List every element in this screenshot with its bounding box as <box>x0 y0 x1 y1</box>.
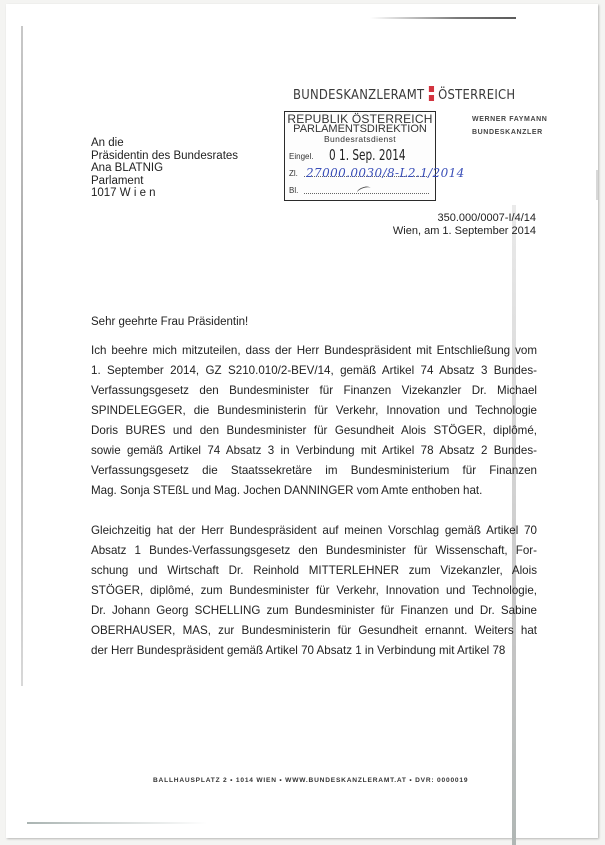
paragraph-line: Absatz 1 Bundes-Verfassungsgesetz den Bu… <box>91 541 537 561</box>
stamp-zl-handwritten: 27000.0030/8-L2.1/2014 <box>306 166 465 180</box>
paragraph-line: der Herr Bundespräsident gemäß Artikel 7… <box>91 641 537 661</box>
letter-footer: BALLHAUSPLATZ 2 • 1014 WIEN • WWW.BUNDES… <box>153 777 468 784</box>
place-date: Wien, am 1. September 2014 <box>393 225 536 238</box>
paragraph-appointment: Gleichzeitig hat der Herr Bundespräsiden… <box>91 521 537 661</box>
stamp-zl-label: Zl. <box>289 169 298 178</box>
paragraph-line: Doris BURES und den Bundesminister für G… <box>91 421 537 441</box>
paragraph-line: Verfassungsgesetz den Bundesminister für… <box>91 381 537 401</box>
stamp-line3: Bundesratsdienst <box>285 134 435 144</box>
paragraph-line: SPINDELEGGER, die Bundesministerin für V… <box>91 401 537 421</box>
stamp-bl-row: Bl. <box>289 180 431 198</box>
scan-edge-right-top <box>596 170 598 200</box>
letterhead-brand: BUNDESKANZLERAMTÖSTERREICH <box>293 86 515 103</box>
stamp-bl-label: Bl. <box>289 186 298 195</box>
paragraph-dismissal: Ich beehre mich mitzuteilen, dass der He… <box>91 341 537 501</box>
scan-edge-bottom <box>27 822 207 824</box>
paragraph-line: 1. September 2014, GZ S210.010/2-BEV/14,… <box>91 361 537 381</box>
stamp-zl-row: Zl. 27000.0030/8-L2.1/2014 <box>289 163 431 181</box>
salutation: Sehr geehrte Frau Präsidentin! <box>91 316 248 328</box>
paragraph-line: OBERHAUSER, MAS, zur Bundesministerin fü… <box>91 621 537 641</box>
paragraph-line: schung und Wirtschaft Dr. Reinhold MITTE… <box>91 561 537 581</box>
address-line: An die <box>91 137 238 150</box>
chancellor-title: BUNDESKANZLER <box>472 126 542 139</box>
paragraph-line: Dr. Johann Georg SCHELLING zum Bundesmin… <box>91 601 537 621</box>
brand-left: BUNDESKANZLERAMT <box>293 87 424 103</box>
scan-edge-left <box>21 26 23 686</box>
recipient-address: An die Präsidentin des Bundesrates Ana B… <box>91 137 238 200</box>
paragraph-line: Verfassungsgesetz die Staatssekretäre im… <box>91 461 537 481</box>
paragraph-line: STÖGER, diplômé, zum Bundesminister für … <box>91 581 537 601</box>
stamp-received-label: Eingel. <box>289 152 313 161</box>
address-line: Ana BLATNIG <box>91 162 238 175</box>
address-line: 1017 W i e n <box>91 187 238 200</box>
address-line: Präsidentin des Bundesrates <box>91 150 238 163</box>
address-line: Parlament <box>91 175 238 188</box>
paragraph-line: Ich beehre mich mitzuteilen, dass der He… <box>91 341 537 361</box>
chancellor-block: WERNER FAYMANN BUNDESKANZLER <box>472 113 542 139</box>
reference-number: 350.000/0007-I/4/14 <box>393 212 536 225</box>
paragraph-line: Mag. Sonja STEßL und Mag. Jochen DANNING… <box>91 481 537 501</box>
stamp-received-row: Eingel. 0 1. Sep. 2014 <box>289 146 431 164</box>
brand-right: ÖSTERREICH <box>438 87 515 103</box>
stamp-received-date: 0 1. Sep. 2014 <box>329 146 406 164</box>
paragraph-line: Gleichzeitig hat der Herr Bundespräsiden… <box>91 521 537 541</box>
reference-block: 350.000/0007-I/4/14 Wien, am 1. Septembe… <box>393 212 536 237</box>
chancellor-name: WERNER FAYMANN <box>472 113 542 126</box>
brand-separator-icon <box>429 86 434 102</box>
paragraph-line: sowie gemäß Artikel 74 Absatz 3 in Verbi… <box>91 441 537 461</box>
scan-edge-top <box>370 17 516 19</box>
receipt-stamp: REPUBLIK ÖSTERREICH PARLAMENTSDIREKTION … <box>284 111 436 201</box>
handwritten-tick-icon <box>356 185 371 196</box>
